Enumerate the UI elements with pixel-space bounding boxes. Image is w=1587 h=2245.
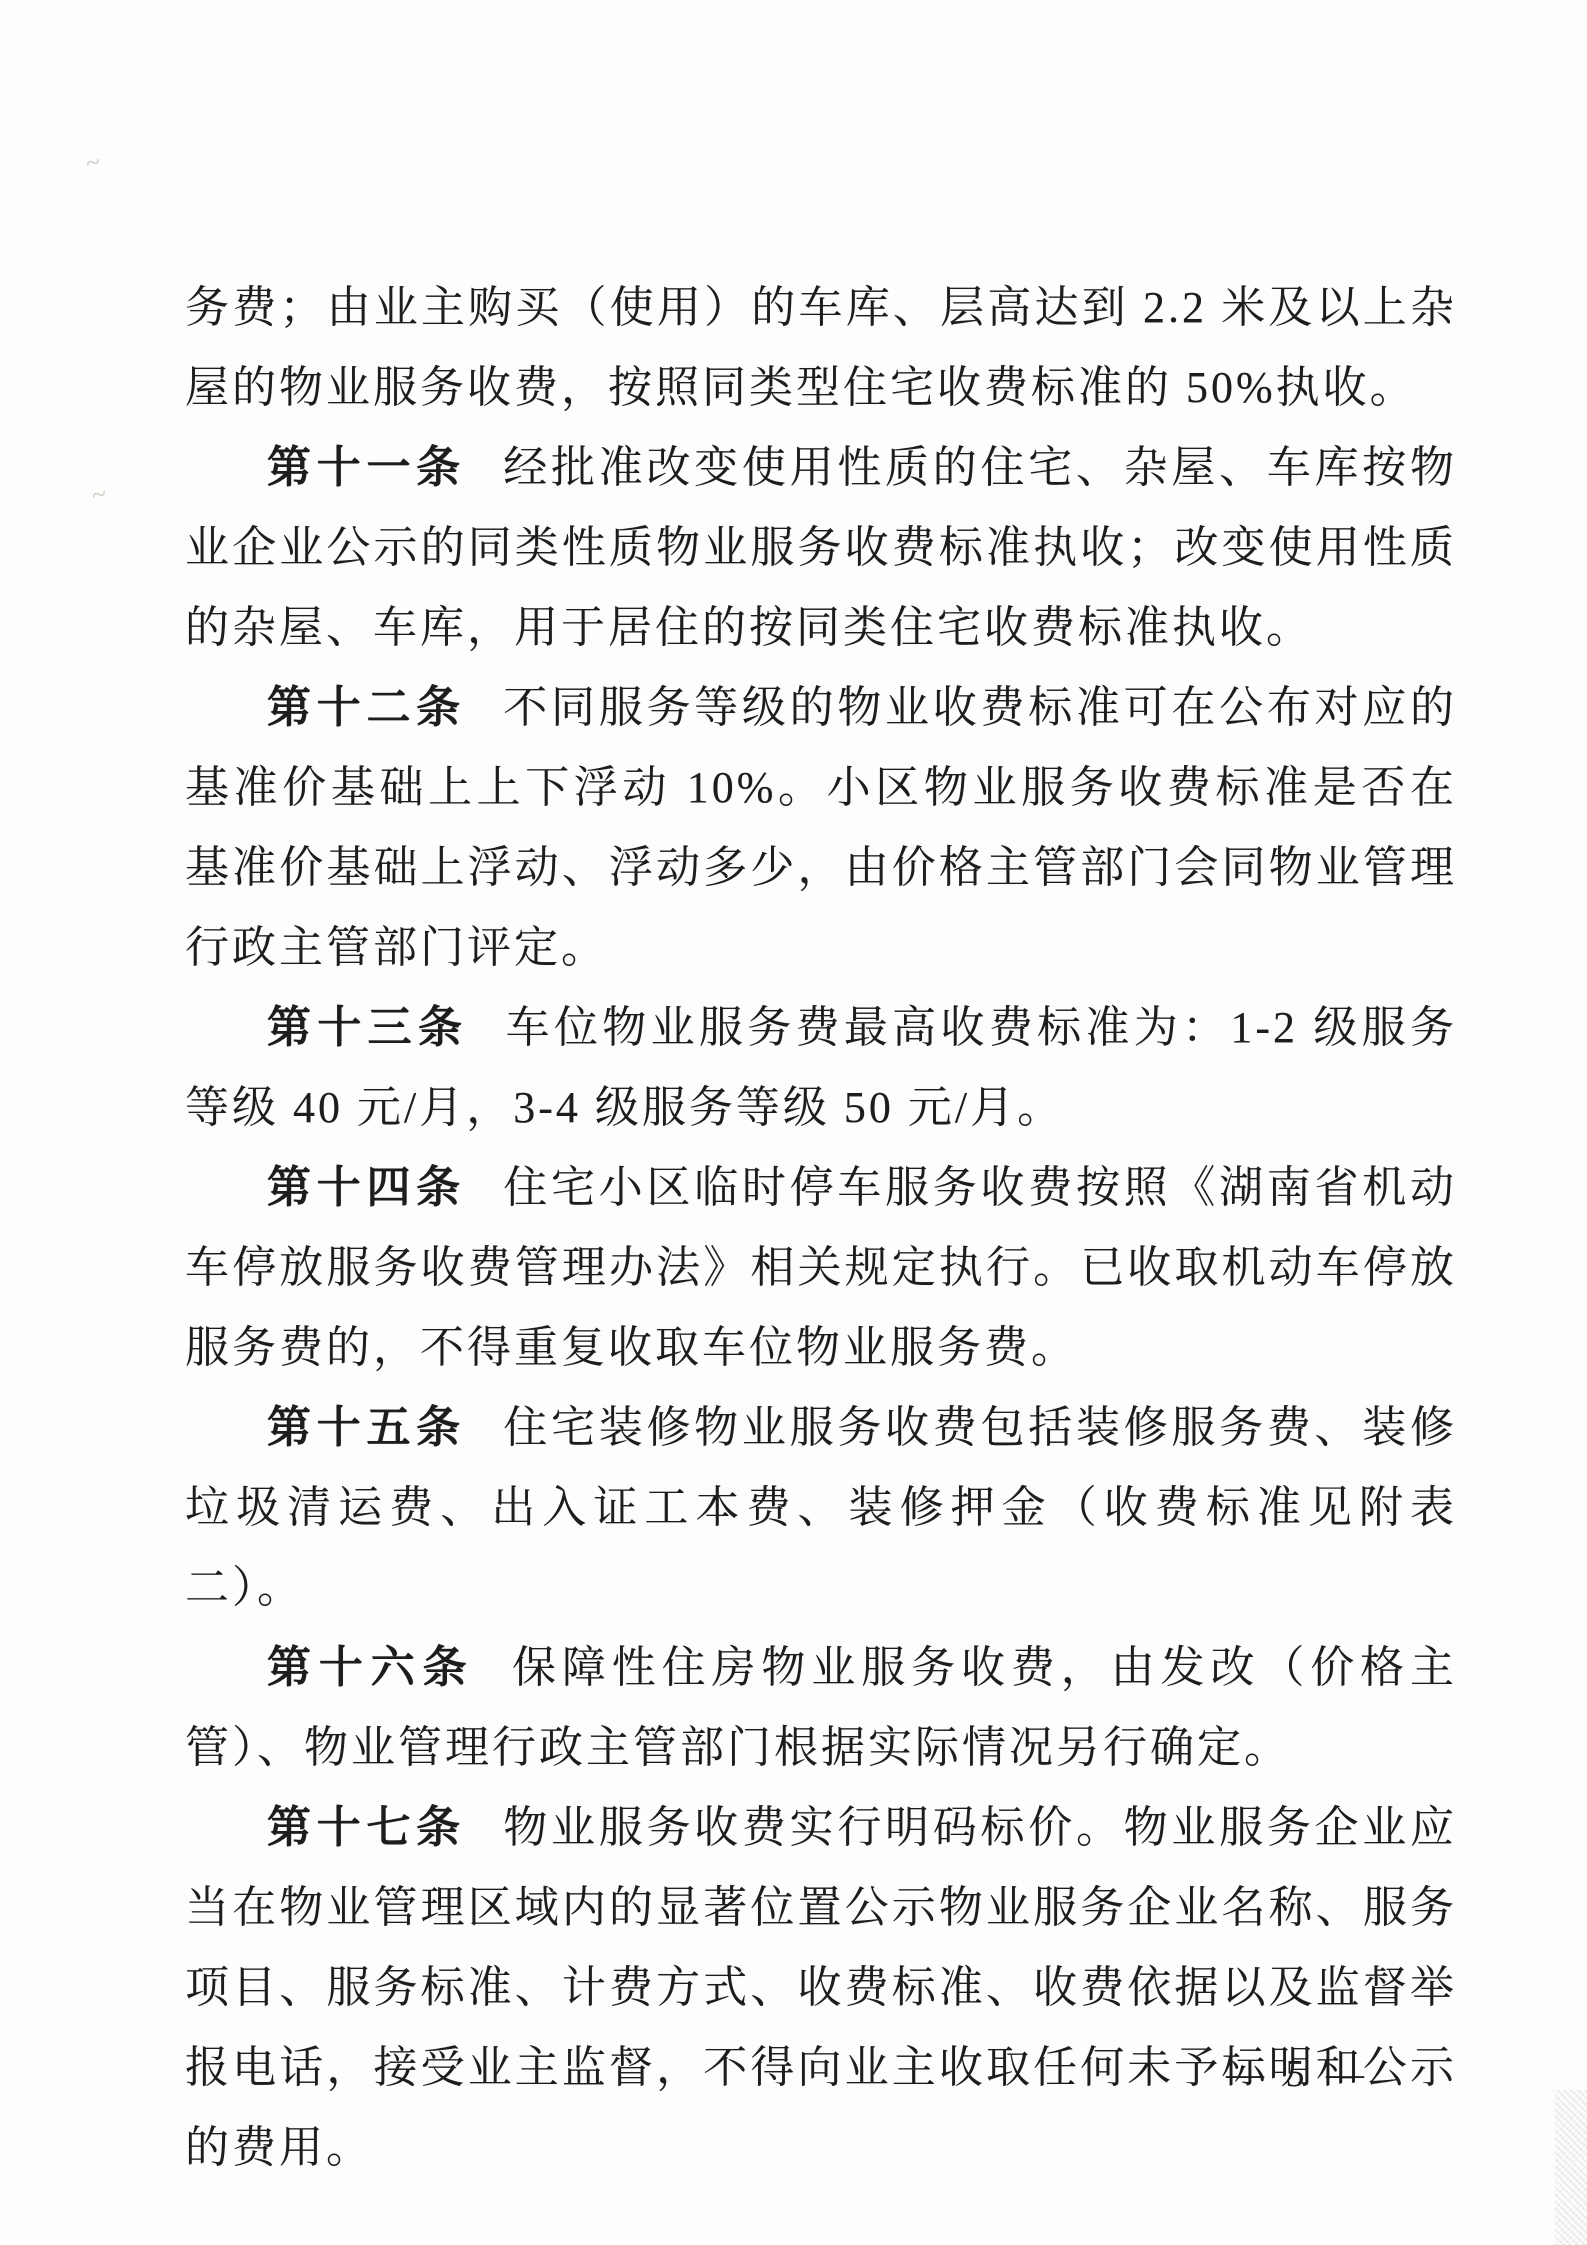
document-body: 务费；由业主购买（使用）的车库、层高达到 2.2 米及以上杂屋的物业服务收费，按… bbox=[185, 268, 1457, 2188]
article-number: 第十四条 bbox=[267, 1163, 466, 1212]
page-number: — 5 — bbox=[1226, 2052, 1370, 2096]
paragraph-article-14: 第十四条住宅小区临时停车服务收费按照《湖南省机动车停放服务收费管理办法》相关规定… bbox=[185, 1148, 1457, 1388]
article-number: 第十一条 bbox=[267, 443, 466, 492]
paragraph-text: 务费；由业主购买（使用）的车库、层高达到 2.2 米及以上杂屋的物业服务收费，按… bbox=[185, 283, 1457, 412]
article-number: 第十三条 bbox=[267, 1003, 468, 1052]
article-number: 第十七条 bbox=[267, 1803, 466, 1852]
article-number: 第十二条 bbox=[267, 683, 466, 732]
scan-artifact bbox=[1555, 2090, 1587, 2245]
article-text: 物业服务收费实行明码标价。物业服务企业应当在物业管理区域内的显著位置公示物业服务… bbox=[185, 1803, 1457, 2172]
paragraph-article-12: 第十二条不同服务等级的物业收费标准可在公布对应的基准价基础上上下浮动 10%。小… bbox=[185, 668, 1457, 988]
scanned-document-page: ~ ~ 务费；由业主购买（使用）的车库、层高达到 2.2 米及以上杂屋的物业服务… bbox=[0, 0, 1587, 2245]
paragraph-article-16: 第十六条保障性住房物业服务收费，由发改（价格主管）、物业管理行政主管部门根据实际… bbox=[185, 1628, 1457, 1788]
paragraph-article-17: 第十七条物业服务收费实行明码标价。物业服务企业应当在物业管理区域内的显著位置公示… bbox=[185, 1788, 1457, 2188]
paragraph-article-15: 第十五条住宅装修物业服务收费包括装修服务费、装修垃圾清运费、出入证工本费、装修押… bbox=[185, 1388, 1457, 1628]
scan-artifact: ~ bbox=[89, 479, 109, 511]
paragraph-article-11: 第十一条经批准改变使用性质的住宅、杂屋、车库按物业企业公示的同类性质物业服务收费… bbox=[185, 428, 1457, 668]
scan-artifact: ~ bbox=[83, 147, 103, 179]
paragraph-continuation: 务费；由业主购买（使用）的车库、层高达到 2.2 米及以上杂屋的物业服务收费，按… bbox=[185, 268, 1457, 428]
paragraph-article-13: 第十三条车位物业服务费最高收费标准为：1-2 级服务等级 40 元/月，3-4 … bbox=[185, 988, 1457, 1148]
article-number: 第十六条 bbox=[267, 1643, 475, 1692]
article-number: 第十五条 bbox=[267, 1403, 466, 1452]
